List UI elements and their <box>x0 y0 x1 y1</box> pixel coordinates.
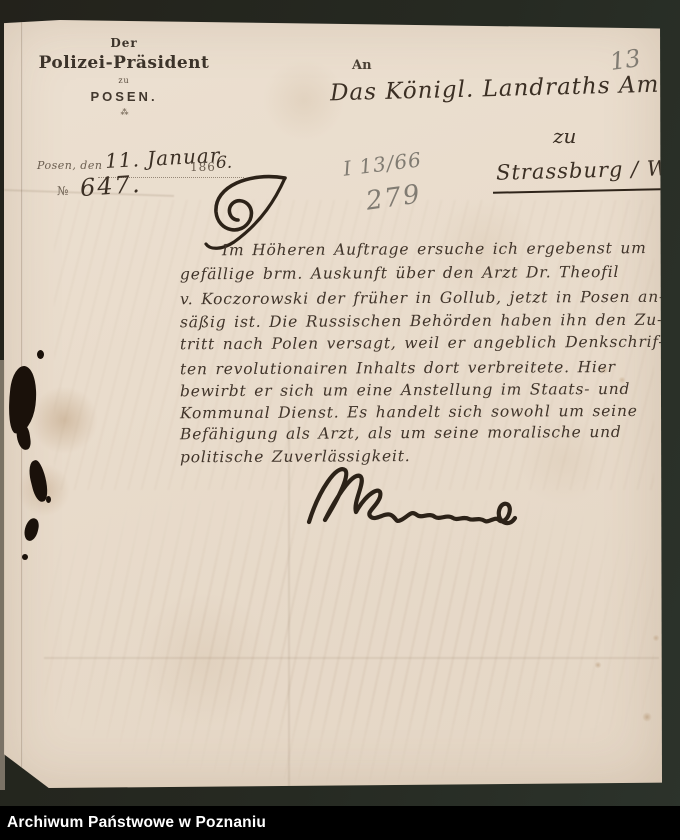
recipient-city: Strassburg / W.Pr. <box>496 155 680 184</box>
body-line: Befähigung als Arzt, als um seine morali… <box>180 423 672 444</box>
ink-speck <box>22 554 28 560</box>
dateline-printed-place: Posen, den <box>37 159 102 172</box>
fold-crease-vertical-mid <box>288 420 290 788</box>
body-line: ten revolutionairen Inhalts dort verbrei… <box>180 358 672 379</box>
ink-bleedthrough <box>44 500 654 790</box>
document-number-value: 647. <box>79 170 142 202</box>
letterhead-city: POSEN. <box>36 89 212 104</box>
pencil-registry-number: 279 <box>364 179 423 216</box>
body-line: gefällige brm. Auskunft über den Arzt Dr… <box>180 263 672 284</box>
recipient-zu: zu <box>553 124 576 148</box>
recipient-an-label: An <box>352 58 372 73</box>
signature-flourish <box>297 460 532 535</box>
ink-blot <box>22 517 40 542</box>
recipient-city-underline <box>493 188 661 194</box>
ink-speck <box>37 350 44 359</box>
body-line: bewirbt er sich um eine Anstellung im St… <box>180 380 672 401</box>
letter-page: Der Polizei-Präsident zu POSEN. ⁂ Posen,… <box>4 20 662 788</box>
letterhead: Der Polizei-Präsident zu POSEN. ⁂ <box>36 36 212 117</box>
body-line: Im Höheren Auftrage ersuche ich ergebens… <box>222 239 680 260</box>
letterhead-title: Polizei-Präsident <box>36 53 212 73</box>
underlying-page-strip <box>0 360 5 790</box>
letterhead-zu: zu <box>36 76 212 85</box>
body-line: säßig ist. Die Russischen Behörden haben… <box>180 311 672 332</box>
body-line: v. Koczorowski der früher in Gollub, jet… <box>180 288 672 309</box>
letterhead-der: Der <box>36 36 212 50</box>
archive-watermark-bar: Archiwum Państwowe w Poznaniu <box>0 806 680 840</box>
recipient-line1: Das Königl. Landraths Amt <box>330 72 661 107</box>
archive-name: Archiwum Państwowe w Poznaniu <box>0 814 266 832</box>
fold-crease-horizontal <box>44 657 659 659</box>
ink-speck <box>46 496 51 503</box>
ink-blot <box>15 423 31 451</box>
pencil-page-number: 13 <box>608 44 642 76</box>
document-scan: Der Polizei-Präsident zu POSEN. ⁂ Posen,… <box>0 0 680 840</box>
body-line: Kommunal Dienst. Es handelt sich sowohl … <box>180 402 672 423</box>
body-line: tritt nach Polen versagt, weil er angebl… <box>180 333 672 354</box>
letterhead-ornament: ⁂ <box>36 108 212 117</box>
pencil-registry-mark: I 13/66 <box>342 147 423 180</box>
document-number-sign: № <box>57 184 68 198</box>
